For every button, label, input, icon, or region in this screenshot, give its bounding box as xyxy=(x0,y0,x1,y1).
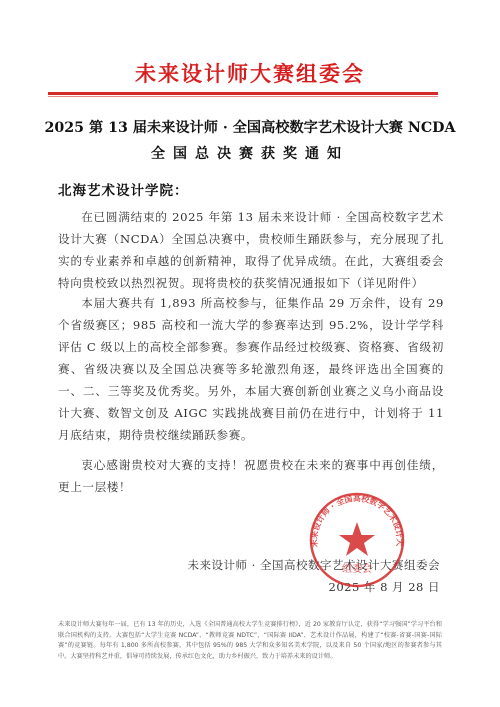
document-subtitle: 全国总决赛获奖通知 xyxy=(0,143,500,163)
document-title: 2025 第 13 届未来设计师 · 全国高校数字艺术设计大赛 NCDA xyxy=(0,117,500,137)
organization-header: 未来设计师大赛组委会 xyxy=(0,58,500,88)
header-divider xyxy=(48,92,438,95)
paragraph-intro: 在已圆满结束的 2025 年第 13 届未来设计师 · 全国高校数字艺术设计大赛… xyxy=(58,206,444,294)
seal-center-text: 组委会 xyxy=(342,562,372,575)
paragraph-statistics: 本届大赛共有 1,893 所高校参与，征集作品 29 万余件，设有 29 个省级… xyxy=(58,292,444,446)
header-divider-thin xyxy=(48,96,438,97)
star-icon xyxy=(339,522,375,556)
official-seal-icon: 未来设计师 · 全国高校数字艺术设计大赛 组委会 xyxy=(298,488,416,588)
footer-description: 未来设计师大赛每年一届，已有 13 年的历史，入选《全国普通高校大学生竞赛排行榜… xyxy=(58,620,442,662)
salutation: 北海艺术设计学院： xyxy=(58,179,189,199)
